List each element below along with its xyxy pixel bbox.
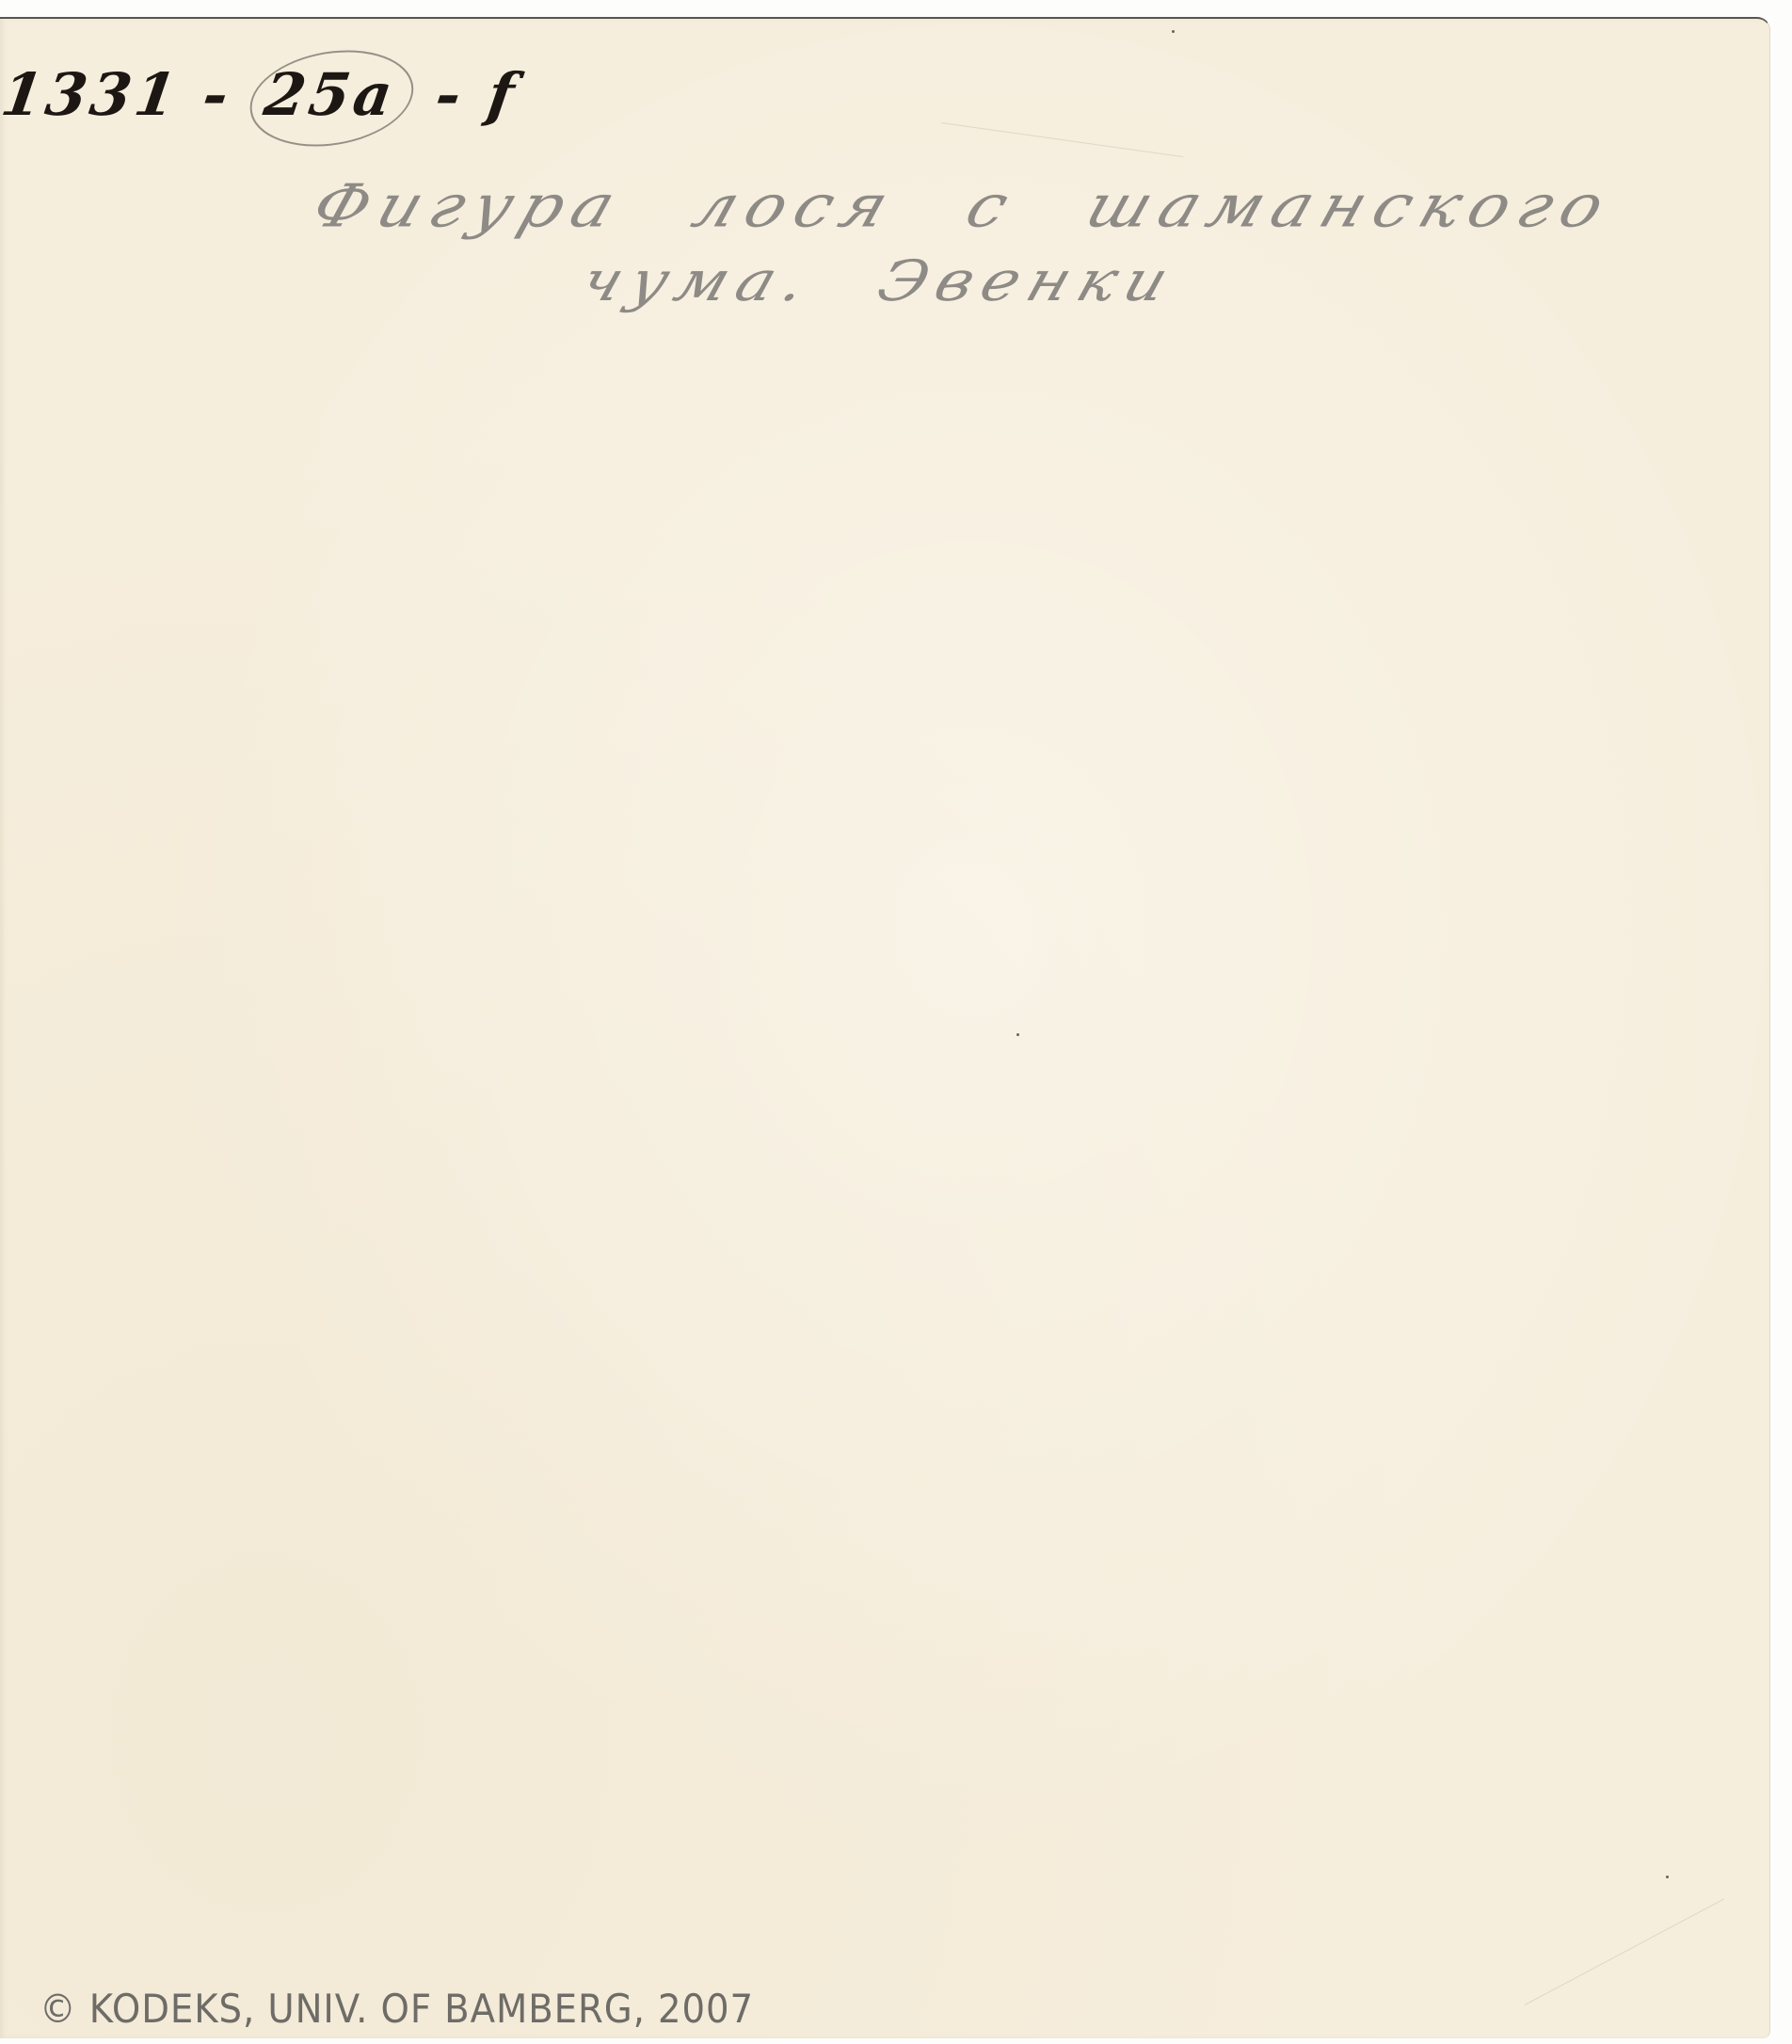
paper-sheet: 1331 - 25a - f Фигура лося с шаманского … (0, 17, 1770, 2038)
catalog-circled-number: 25a (250, 56, 418, 133)
catalog-number: 1331 - 25a - f (0, 56, 522, 133)
paper-speck (1016, 1033, 1019, 1036)
catalog-suffix: - f (431, 60, 521, 129)
paper-crease (941, 122, 1184, 157)
paper-speck (1666, 1876, 1669, 1878)
paper-speck (1172, 30, 1175, 33)
paper-crease (1525, 1898, 1724, 2005)
handwritten-caption-line-2: чума. Эвенки (573, 248, 1186, 313)
catalog-prefix: 1331 - (0, 60, 236, 129)
copyright-stamp: © KODEKS, UNIV. OF BAMBERG, 2007 (40, 1986, 754, 2032)
handwritten-caption-line-1: Фигура лося с шаманского (304, 171, 1623, 241)
scanned-page: 1331 - 25a - f Фигура лося с шаманского … (0, 0, 1792, 2044)
